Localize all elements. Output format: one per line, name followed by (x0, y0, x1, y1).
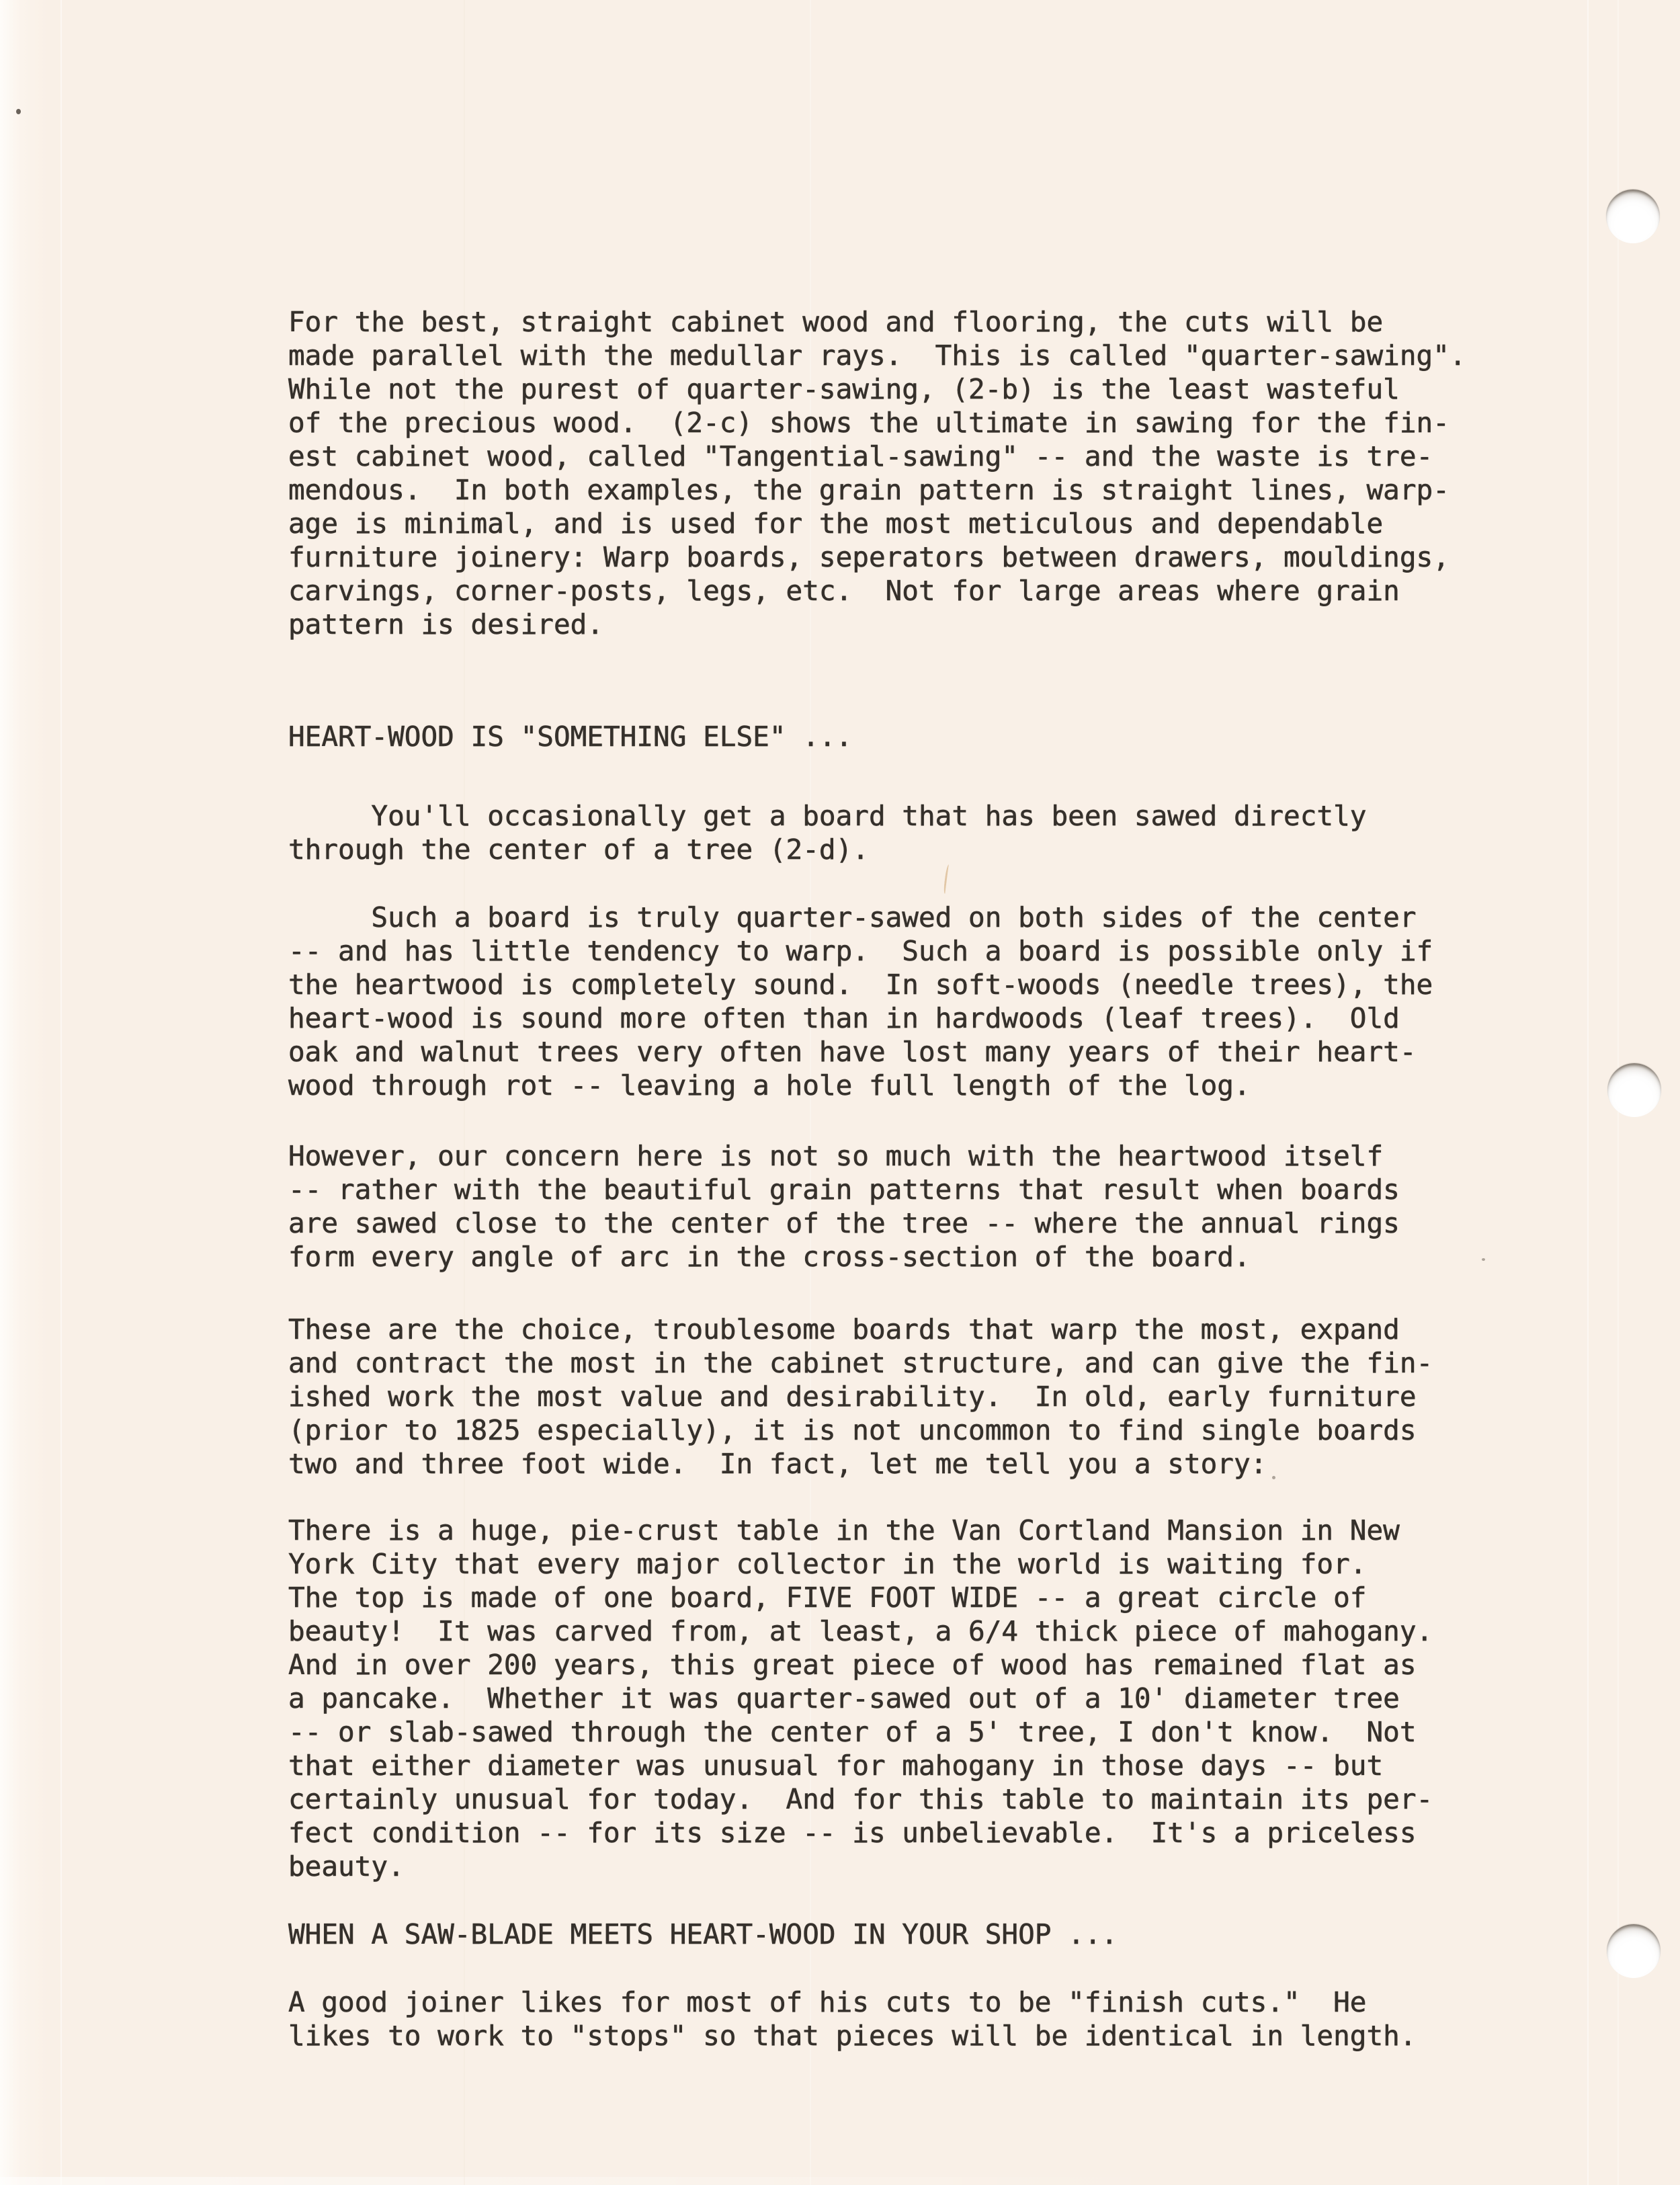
paragraph-choice-boards: These are the choice, troublesome boards… (288, 1313, 1433, 1481)
ink-speck (1272, 1476, 1275, 1479)
paragraph-occasionally: You'll occasionally get a board that has… (288, 799, 1366, 866)
paper-streak (60, 0, 62, 2185)
paragraph-our-concern: However, our concern here is not so much… (288, 1139, 1400, 1274)
section-heading-saw-blade: WHEN A SAW-BLADE MEETS HEART-WOOD IN YOU… (288, 1918, 1118, 1951)
document-page: For the best, straight cabinet wood and … (0, 0, 1680, 2185)
paragraph-quarter-sawing: For the best, straight cabinet wood and … (288, 305, 1466, 641)
scan-left-edge (0, 0, 47, 2185)
paragraph-truly-quarter-sawed: Such a board is truly quarter-sawed on b… (288, 901, 1433, 1102)
paper-fiber-mark (943, 864, 950, 894)
paper-streak (1587, 0, 1589, 2185)
paragraph-van-cortland-story: There is a huge, pie-crust table in the … (288, 1514, 1433, 1883)
scan-bottom-edge (0, 2177, 1680, 2185)
ink-speck (1482, 1258, 1485, 1261)
paragraph-good-joiner: A good joiner likes for most of his cuts… (288, 1985, 1417, 2053)
section-heading-heartwood: HEART-WOOD IS "SOMETHING ELSE" ... (288, 720, 852, 753)
punch-hole-top (1606, 190, 1660, 243)
punch-hole-middle (1607, 1063, 1661, 1117)
ink-speck (16, 109, 21, 114)
punch-hole-bottom (1607, 1924, 1661, 1978)
